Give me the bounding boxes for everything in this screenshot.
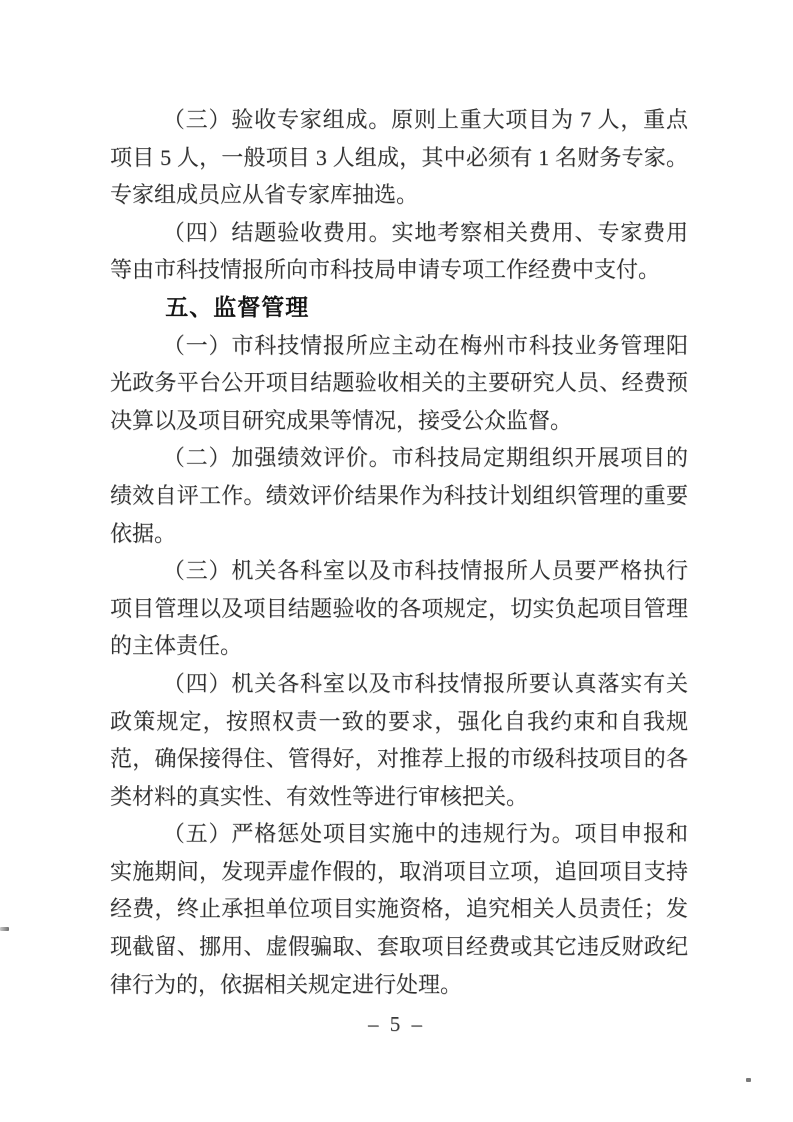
paragraph-supervision-policy-implementation: （四）机关各科室以及市科技情报所要认真落实有关政策规定，按照权责一致的要求，强化… — [110, 665, 688, 815]
document-body: （三）验收专家组成。原则上重大项目为 7 人，重点项目 5 人，一般项目 3 人… — [110, 101, 688, 1003]
paragraph-supervision-public-disclosure: （一）市科技情报所应主动在梅州市科技业务管理阳光政务平台公开项目结题验收相关的主… — [110, 327, 688, 440]
paragraph-acceptance-fees: （四）结题验收费用。实地考察相关费用、专家费用等由市科技情报所向市科技局申请专项… — [110, 214, 688, 289]
scan-artifact-bottom-right — [746, 1078, 751, 1082]
paragraph-acceptance-expert-panel: （三）验收专家组成。原则上重大项目为 7 人，重点项目 5 人，一般项目 3 人… — [110, 101, 688, 214]
page-number: – 5 – — [0, 1012, 793, 1037]
scan-artifact-left-edge — [0, 927, 9, 931]
scanned-document-page: （三）验收专家组成。原则上重大项目为 7 人，重点项目 5 人，一般项目 3 人… — [0, 0, 793, 1122]
paragraph-supervision-strict-execution: （三）机关各科室以及市科技情报所人员要严格执行项目管理以及项目结题验收的各项规定… — [110, 552, 688, 665]
section-heading-supervision-management: 五、监督管理 — [110, 289, 688, 327]
paragraph-supervision-violation-punishment: （五）严格惩处项目实施中的违规行为。项目申报和实施期间，发现弄虚作假的，取消项目… — [110, 815, 688, 1003]
paragraph-supervision-performance-evaluation: （二）加强绩效评价。市科技局定期组织开展项目的绩效自评工作。绩效评价结果作为科技… — [110, 439, 688, 552]
